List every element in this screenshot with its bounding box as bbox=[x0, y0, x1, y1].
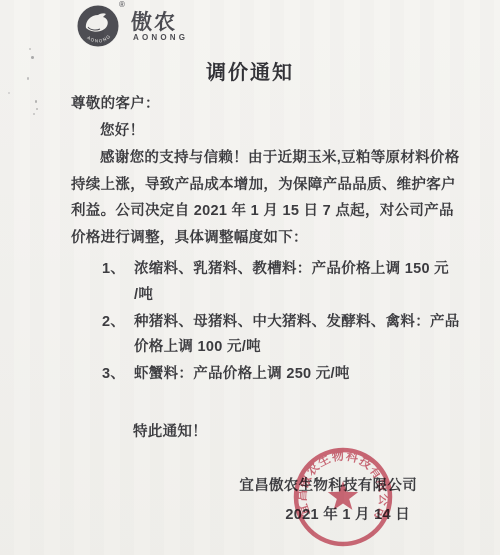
seal-star-icon bbox=[328, 481, 358, 510]
salutation-line: 尊敬的客户： bbox=[71, 93, 160, 115]
scan-speck bbox=[29, 48, 31, 50]
list-item-text: /吨 bbox=[134, 284, 153, 306]
scan-speck bbox=[35, 100, 37, 103]
list-item-number: 3、 bbox=[102, 363, 125, 385]
list-item-text: 价格上调 100 元/吨 bbox=[134, 336, 261, 358]
scan-speck bbox=[8, 92, 10, 94]
paragraph-line: 持续上涨，导致产品成本增加，为保障产品品质、维护客户 bbox=[71, 174, 456, 196]
paragraph-line: 价格进行调整，具体调整幅度如下： bbox=[71, 227, 308, 249]
paragraph-line: 感谢您的支持与信赖！由于近期玉米,豆粕等原材料价格 bbox=[100, 147, 460, 169]
list-item-text: 浓缩料、乳猪料、教槽料：产品价格上调 150 元 bbox=[134, 258, 449, 280]
scan-speck bbox=[36, 108, 38, 110]
company-seal-stamp: 宜昌傲农生物科技有限公司 bbox=[283, 437, 403, 555]
brand-name-chinese: 傲农 bbox=[131, 6, 177, 36]
brand-name-english: AONONG bbox=[133, 33, 188, 42]
greeting-line: 您好！ bbox=[100, 120, 144, 142]
list-item-number: 1、 bbox=[102, 258, 125, 280]
document-title: 调价通知 bbox=[0, 56, 500, 85]
scan-speck bbox=[33, 113, 35, 115]
list-item-number: 2、 bbox=[102, 311, 125, 333]
aonong-logo-pig-emblem-icon: AONONG bbox=[76, 4, 120, 48]
paragraph-line: 利益。公司决定自 2021 年 1 月 15 日 7 点起，对公司产品 bbox=[71, 200, 454, 222]
list-item-text: 种猪料、母猪料、中大猪料、发酵料、禽料：产品 bbox=[134, 311, 460, 333]
list-item-text: 虾蟹料：产品价格上调 250 元/吨 bbox=[134, 363, 350, 385]
closing-line: 特此通知！ bbox=[133, 421, 207, 443]
scanned-notice-document: AONONG ® 傲农 AONONG 调价通知 尊敬的客户： 您好！ 感谢您的支… bbox=[0, 0, 500, 555]
registered-trademark-mark: ® bbox=[119, 0, 125, 9]
